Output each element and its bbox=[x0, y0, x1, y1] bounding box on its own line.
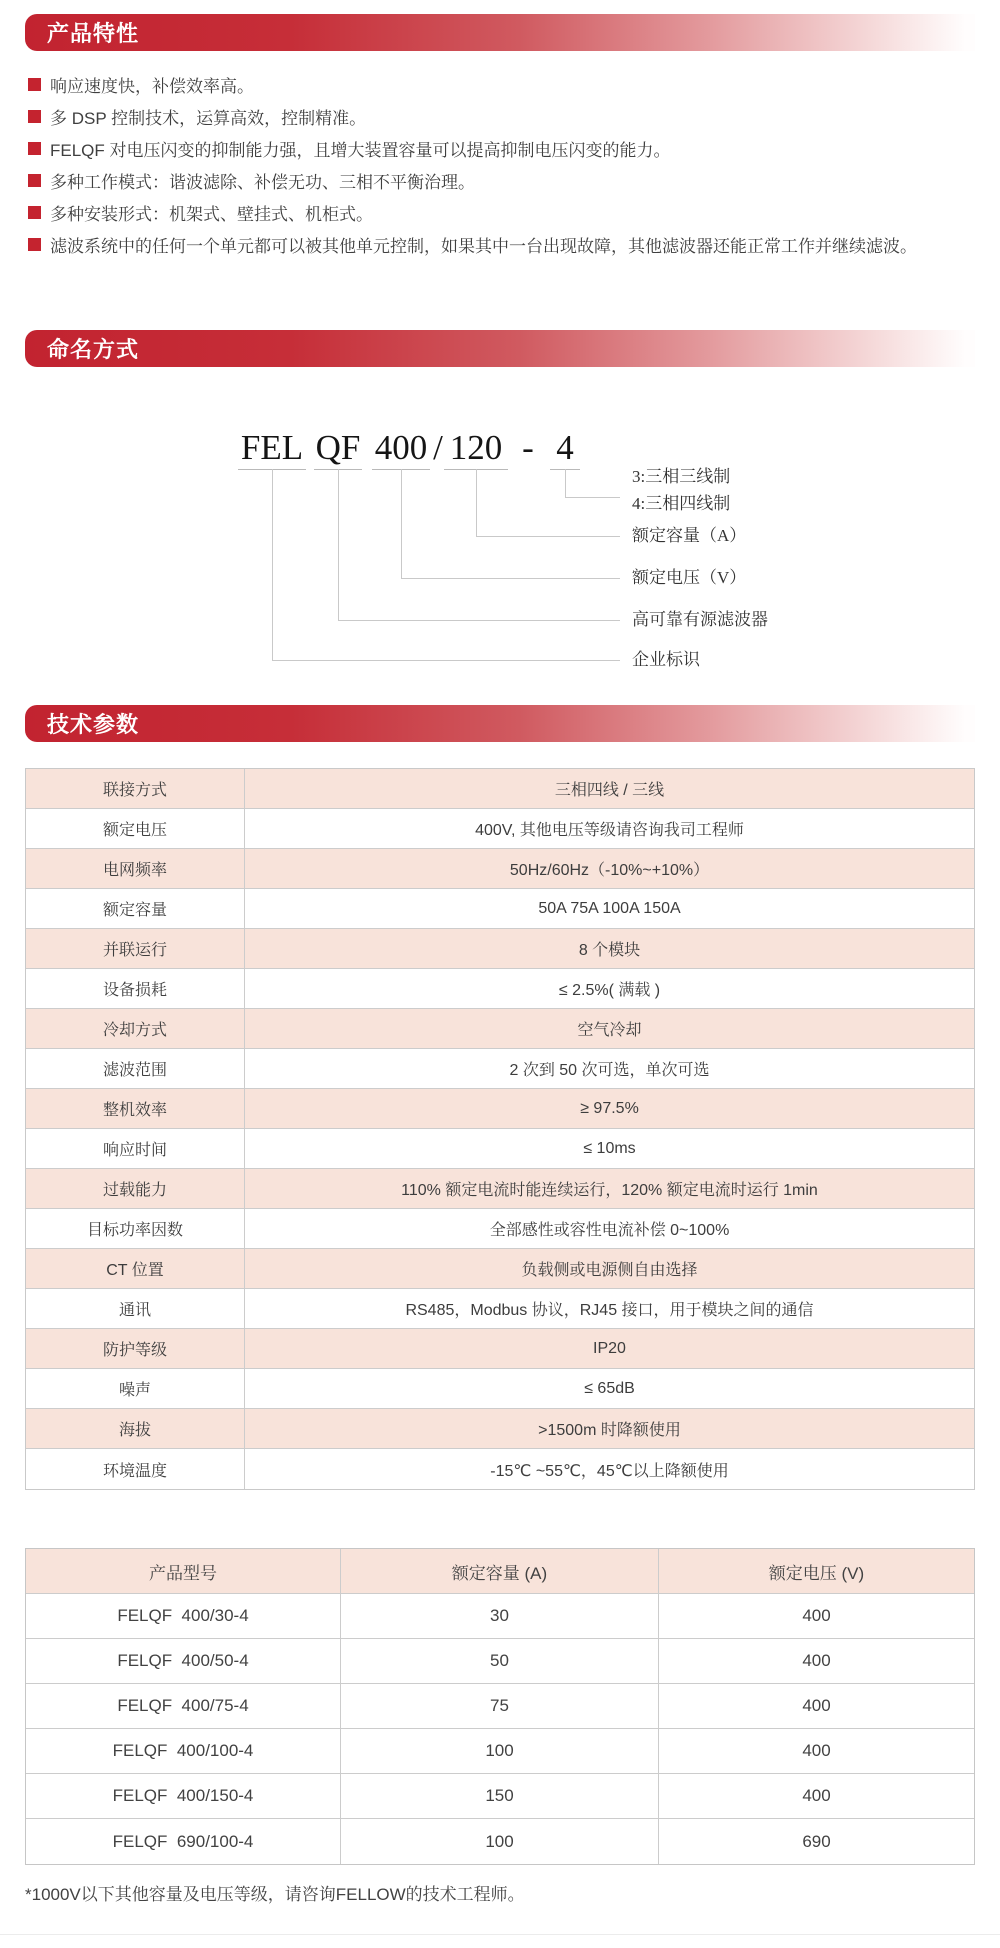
feature-item: 多种工作模式：谐波滤除、补偿无功、三相不平衡治理。 bbox=[28, 164, 973, 196]
feature-item: 多 DSP 控制技术，运算高效，控制精准。 bbox=[28, 100, 973, 132]
naming-label-voltage: 额定电压（V） bbox=[632, 567, 746, 589]
spec-parameter-value: 全部感性或容性电流补偿 0~100% bbox=[245, 1209, 974, 1248]
model-name: FELQF 400/30-4 bbox=[26, 1594, 341, 1638]
model-header-capacity: 额定容量 (A) bbox=[341, 1549, 659, 1593]
spec-row: 滤波范围 2 次到 50 次可选，单次可选 bbox=[26, 1049, 974, 1089]
code-part-capacity: 120 bbox=[444, 428, 508, 468]
spec-parameter-name: 滤波范围 bbox=[26, 1049, 245, 1088]
spec-parameter-name: 通讯 bbox=[26, 1289, 245, 1328]
spec-parameter-name: 设备损耗 bbox=[26, 969, 245, 1008]
spec-row: 防护等级 IP20 bbox=[26, 1329, 974, 1369]
bullet-square-icon bbox=[28, 206, 41, 219]
page-footer-divider bbox=[0, 1934, 1000, 1935]
model-voltage: 400 bbox=[659, 1729, 974, 1773]
feature-text: 多 DSP 控制技术，运算高效，控制精准。 bbox=[50, 104, 366, 129]
feature-item: 滤波系统中的任何一个单元都可以被其他单元控制，如果其中一台出现故障，其他滤波器还… bbox=[28, 228, 973, 260]
connector-vline-product bbox=[338, 469, 339, 621]
section-title-naming: 命名方式 bbox=[25, 333, 139, 364]
connector-vline-voltage bbox=[401, 469, 402, 579]
section-title-specs: 技术参数 bbox=[25, 708, 139, 739]
model-table-header-row: 产品型号 额定容量 (A) 额定电压 (V) bbox=[26, 1549, 974, 1594]
spec-parameter-name: 并联运行 bbox=[26, 929, 245, 968]
bullet-square-icon bbox=[28, 142, 41, 155]
section-title-features: 产品特性 bbox=[25, 17, 139, 48]
model-name: FELQF 400/150-4 bbox=[26, 1774, 341, 1818]
footnote: *1000V以下其他容量及电压等级，请咨询FELLOW的技术工程师。 bbox=[25, 1880, 525, 1905]
code-separator-dash: - bbox=[514, 428, 542, 468]
spec-parameter-value: ≤ 10ms bbox=[245, 1129, 974, 1168]
feature-item: FELQF 对电压闪变的抑制能力强，且增大装置容量可以提高抑制电压闪变的能力。 bbox=[28, 132, 973, 164]
model-capacity: 75 bbox=[341, 1684, 659, 1728]
model-table-body: FELQF 400/30-4 30 400 FELQF 400/50-4 50 … bbox=[26, 1594, 974, 1864]
spec-parameter-value: -15℃ ~55℃，45℃以上降额使用 bbox=[245, 1449, 974, 1489]
spec-parameter-name: 响应时间 bbox=[26, 1129, 245, 1168]
spec-table: 联接方式 三相四线 / 三线 额定电压 400V, 其他电压等级请咨询我司工程师… bbox=[25, 768, 975, 1490]
model-capacity: 50 bbox=[341, 1639, 659, 1683]
spec-parameter-name: 联接方式 bbox=[26, 769, 245, 808]
spec-parameter-value: IP20 bbox=[245, 1329, 974, 1368]
spec-row: 环境温度 -15℃ ~55℃，45℃以上降额使用 bbox=[26, 1449, 974, 1489]
model-voltage: 690 bbox=[659, 1819, 974, 1864]
spec-parameter-value: 三相四线 / 三线 bbox=[245, 769, 974, 808]
model-row: FELQF 400/50-4 50 400 bbox=[26, 1639, 974, 1684]
spec-row: 并联运行 8 个模块 bbox=[26, 929, 974, 969]
spec-row: 海拔 >1500m 时降额使用 bbox=[26, 1409, 974, 1449]
spec-parameter-value: ≤ 2.5%( 满载 ) bbox=[245, 969, 974, 1008]
spec-row: 设备损耗 ≤ 2.5%( 满载 ) bbox=[26, 969, 974, 1009]
spec-parameter-value: ≤ 65dB bbox=[245, 1369, 974, 1408]
naming-label-wire3: 3:三相三线制 bbox=[632, 466, 730, 488]
spec-row: 额定电压 400V, 其他电压等级请咨询我司工程师 bbox=[26, 809, 974, 849]
spec-parameter-value: 8 个模块 bbox=[245, 929, 974, 968]
bullet-square-icon bbox=[28, 174, 41, 187]
spec-parameter-name: 防护等级 bbox=[26, 1329, 245, 1368]
section-banner-specs: 技术参数 bbox=[25, 705, 975, 742]
model-name: FELQF 400/100-4 bbox=[26, 1729, 341, 1773]
feature-text: 多种工作模式：谐波滤除、补偿无功、三相不平衡治理。 bbox=[50, 168, 475, 193]
spec-parameter-value: >1500m 时降额使用 bbox=[245, 1409, 974, 1448]
feature-item: 多种安装形式：机架式、壁挂式、机柜式。 bbox=[28, 196, 973, 228]
spec-parameter-name: 电网频率 bbox=[26, 849, 245, 888]
naming-label-capacity: 额定容量（A） bbox=[632, 525, 746, 547]
spec-row: 响应时间 ≤ 10ms bbox=[26, 1129, 974, 1169]
connector-hline-voltage bbox=[401, 578, 620, 579]
spec-parameter-name: 过载能力 bbox=[26, 1169, 245, 1208]
spec-parameter-value: 2 次到 50 次可选，单次可选 bbox=[245, 1049, 974, 1088]
spec-row: 整机效率 ≥ 97.5% bbox=[26, 1089, 974, 1129]
features-list: 响应速度快，补偿效率高。 多 DSP 控制技术，运算高效，控制精准。 FELQF… bbox=[28, 68, 973, 260]
connector-vline-capacity bbox=[476, 469, 477, 537]
bullet-square-icon bbox=[28, 110, 41, 123]
spec-parameter-value: 110% 额定电流时能连续运行，120% 额定电流时运行 1min bbox=[245, 1169, 974, 1208]
spec-row: CT 位置 负载侧或电源侧自由选择 bbox=[26, 1249, 974, 1289]
model-capacity: 100 bbox=[341, 1819, 659, 1864]
spec-row: 噪声 ≤ 65dB bbox=[26, 1369, 974, 1409]
model-row: FELQF 400/150-4 150 400 bbox=[26, 1774, 974, 1819]
code-part-product: QF bbox=[314, 428, 362, 468]
model-row: FELQF 400/30-4 30 400 bbox=[26, 1594, 974, 1639]
spec-row: 冷却方式 空气冷却 bbox=[26, 1009, 974, 1049]
spec-parameter-name: 额定电压 bbox=[26, 809, 245, 848]
spec-row: 目标功率因数 全部感性或容性电流补偿 0~100% bbox=[26, 1209, 974, 1249]
feature-text: 多种安装形式：机架式、壁挂式、机柜式。 bbox=[50, 200, 373, 225]
code-part-wires: 4 bbox=[550, 428, 580, 468]
naming-label-enterprise: 企业标识 bbox=[632, 649, 700, 671]
connector-vline-enterprise bbox=[272, 469, 273, 661]
connector-hline-product bbox=[338, 620, 620, 621]
model-name: FELQF 400/50-4 bbox=[26, 1639, 341, 1683]
bullet-square-icon bbox=[28, 78, 41, 91]
spec-parameter-value: 负载侧或电源侧自由选择 bbox=[245, 1249, 974, 1288]
model-capacity: 100 bbox=[341, 1729, 659, 1773]
spec-parameter-name: 目标功率因数 bbox=[26, 1209, 245, 1248]
section-banner-features: 产品特性 bbox=[25, 14, 975, 51]
model-table: 产品型号 额定容量 (A) 额定电压 (V) FELQF 400/30-4 30… bbox=[25, 1548, 975, 1865]
connector-vline-wires bbox=[565, 469, 566, 498]
model-voltage: 400 bbox=[659, 1774, 974, 1818]
naming-label-wire4: 4:三相四线制 bbox=[632, 493, 730, 515]
model-name: FELQF 400/75-4 bbox=[26, 1684, 341, 1728]
bullet-square-icon bbox=[28, 238, 41, 251]
spec-parameter-name: 环境温度 bbox=[26, 1449, 245, 1489]
model-row: FELQF 400/75-4 75 400 bbox=[26, 1684, 974, 1729]
model-voltage: 400 bbox=[659, 1639, 974, 1683]
code-part-voltage: 400 bbox=[372, 428, 430, 468]
model-voltage: 400 bbox=[659, 1684, 974, 1728]
feature-text: 滤波系统中的任何一个单元都可以被其他单元控制，如果其中一台出现故障，其他滤波器还… bbox=[50, 232, 917, 257]
spec-parameter-name: 整机效率 bbox=[26, 1089, 245, 1128]
spec-parameter-name: 海拔 bbox=[26, 1409, 245, 1448]
spec-row: 联接方式 三相四线 / 三线 bbox=[26, 769, 974, 809]
connector-hline-capacity bbox=[476, 536, 620, 537]
feature-text: FELQF 对电压闪变的抑制能力强，且增大装置容量可以提高抑制电压闪变的能力。 bbox=[50, 136, 671, 161]
model-capacity: 150 bbox=[341, 1774, 659, 1818]
spec-parameter-value: 50A 75A 100A 150A bbox=[245, 889, 974, 928]
spec-row: 电网频率 50Hz/60Hz（-10%~+10%） bbox=[26, 849, 974, 889]
spec-row: 过载能力 110% 额定电流时能连续运行，120% 额定电流时运行 1min bbox=[26, 1169, 974, 1209]
model-name: FELQF 690/100-4 bbox=[26, 1819, 341, 1864]
model-row: FELQF 690/100-4 100 690 bbox=[26, 1819, 974, 1864]
connector-hline-enterprise bbox=[272, 660, 620, 661]
datasheet-page: 产品特性 响应速度快，补偿效率高。 多 DSP 控制技术，运算高效，控制精准。 … bbox=[0, 0, 1000, 1948]
spec-parameter-value: RS485，Modbus 协议，RJ45 接口，用于模块之间的通信 bbox=[245, 1289, 974, 1328]
spec-parameter-name: 冷却方式 bbox=[26, 1009, 245, 1048]
naming-label-product: 高可靠有源滤波器 bbox=[632, 609, 768, 631]
spec-parameter-name: 额定容量 bbox=[26, 889, 245, 928]
feature-item: 响应速度快，补偿效率高。 bbox=[28, 68, 973, 100]
spec-parameter-value: ≥ 97.5% bbox=[245, 1089, 974, 1128]
code-part-enterprise: FEL bbox=[238, 428, 306, 468]
model-header-voltage: 额定电压 (V) bbox=[659, 1549, 974, 1593]
section-banner-naming: 命名方式 bbox=[25, 330, 975, 367]
model-capacity: 30 bbox=[341, 1594, 659, 1638]
model-row: FELQF 400/100-4 100 400 bbox=[26, 1729, 974, 1774]
spec-parameter-value: 50Hz/60Hz（-10%~+10%） bbox=[245, 849, 974, 888]
feature-text: 响应速度快，补偿效率高。 bbox=[50, 72, 254, 97]
model-header-product: 产品型号 bbox=[26, 1549, 341, 1593]
spec-parameter-value: 空气冷却 bbox=[245, 1009, 974, 1048]
model-voltage: 400 bbox=[659, 1594, 974, 1638]
spec-parameter-name: CT 位置 bbox=[26, 1249, 245, 1288]
spec-parameter-name: 噪声 bbox=[26, 1369, 245, 1408]
spec-row: 额定容量 50A 75A 100A 150A bbox=[26, 889, 974, 929]
connector-hline-wires bbox=[565, 497, 620, 498]
spec-parameter-value: 400V, 其他电压等级请咨询我司工程师 bbox=[245, 809, 974, 848]
spec-row: 通讯 RS485，Modbus 协议，RJ45 接口，用于模块之间的通信 bbox=[26, 1289, 974, 1329]
